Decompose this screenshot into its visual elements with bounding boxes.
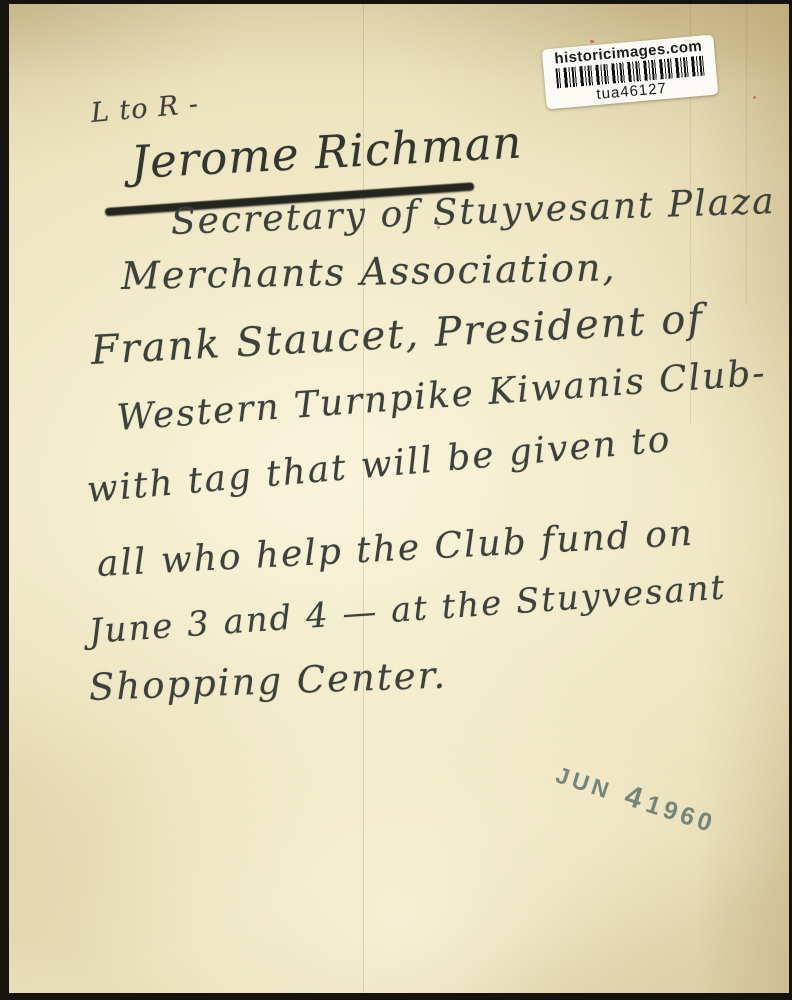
caption-line-shopping-center: Shopping Center. xyxy=(88,654,447,709)
caption-line-fund: all who help the Club fund on xyxy=(96,513,695,585)
caption-line-name: Jerome Richman xyxy=(130,116,524,189)
date-stamp: JUN 4 1960 xyxy=(552,757,721,841)
vertical-streak xyxy=(746,4,747,304)
photo-back-scan: L to R - Jerome Richman Secretary of Stu… xyxy=(0,0,792,1000)
red-speck xyxy=(590,40,594,43)
red-speck xyxy=(753,96,756,99)
caption-line-l-to-r: L to R - xyxy=(90,89,201,129)
date-stamp-year: 1960 xyxy=(642,790,719,840)
aged-photo-paper: L to R - Jerome Richman Secretary of Stu… xyxy=(9,4,789,993)
date-stamp-month: JUN xyxy=(552,762,616,806)
caption-line-association: Merchants Association, xyxy=(121,245,617,298)
caption-line-title: Secretary of Stuyvesant Plaza xyxy=(170,181,776,243)
